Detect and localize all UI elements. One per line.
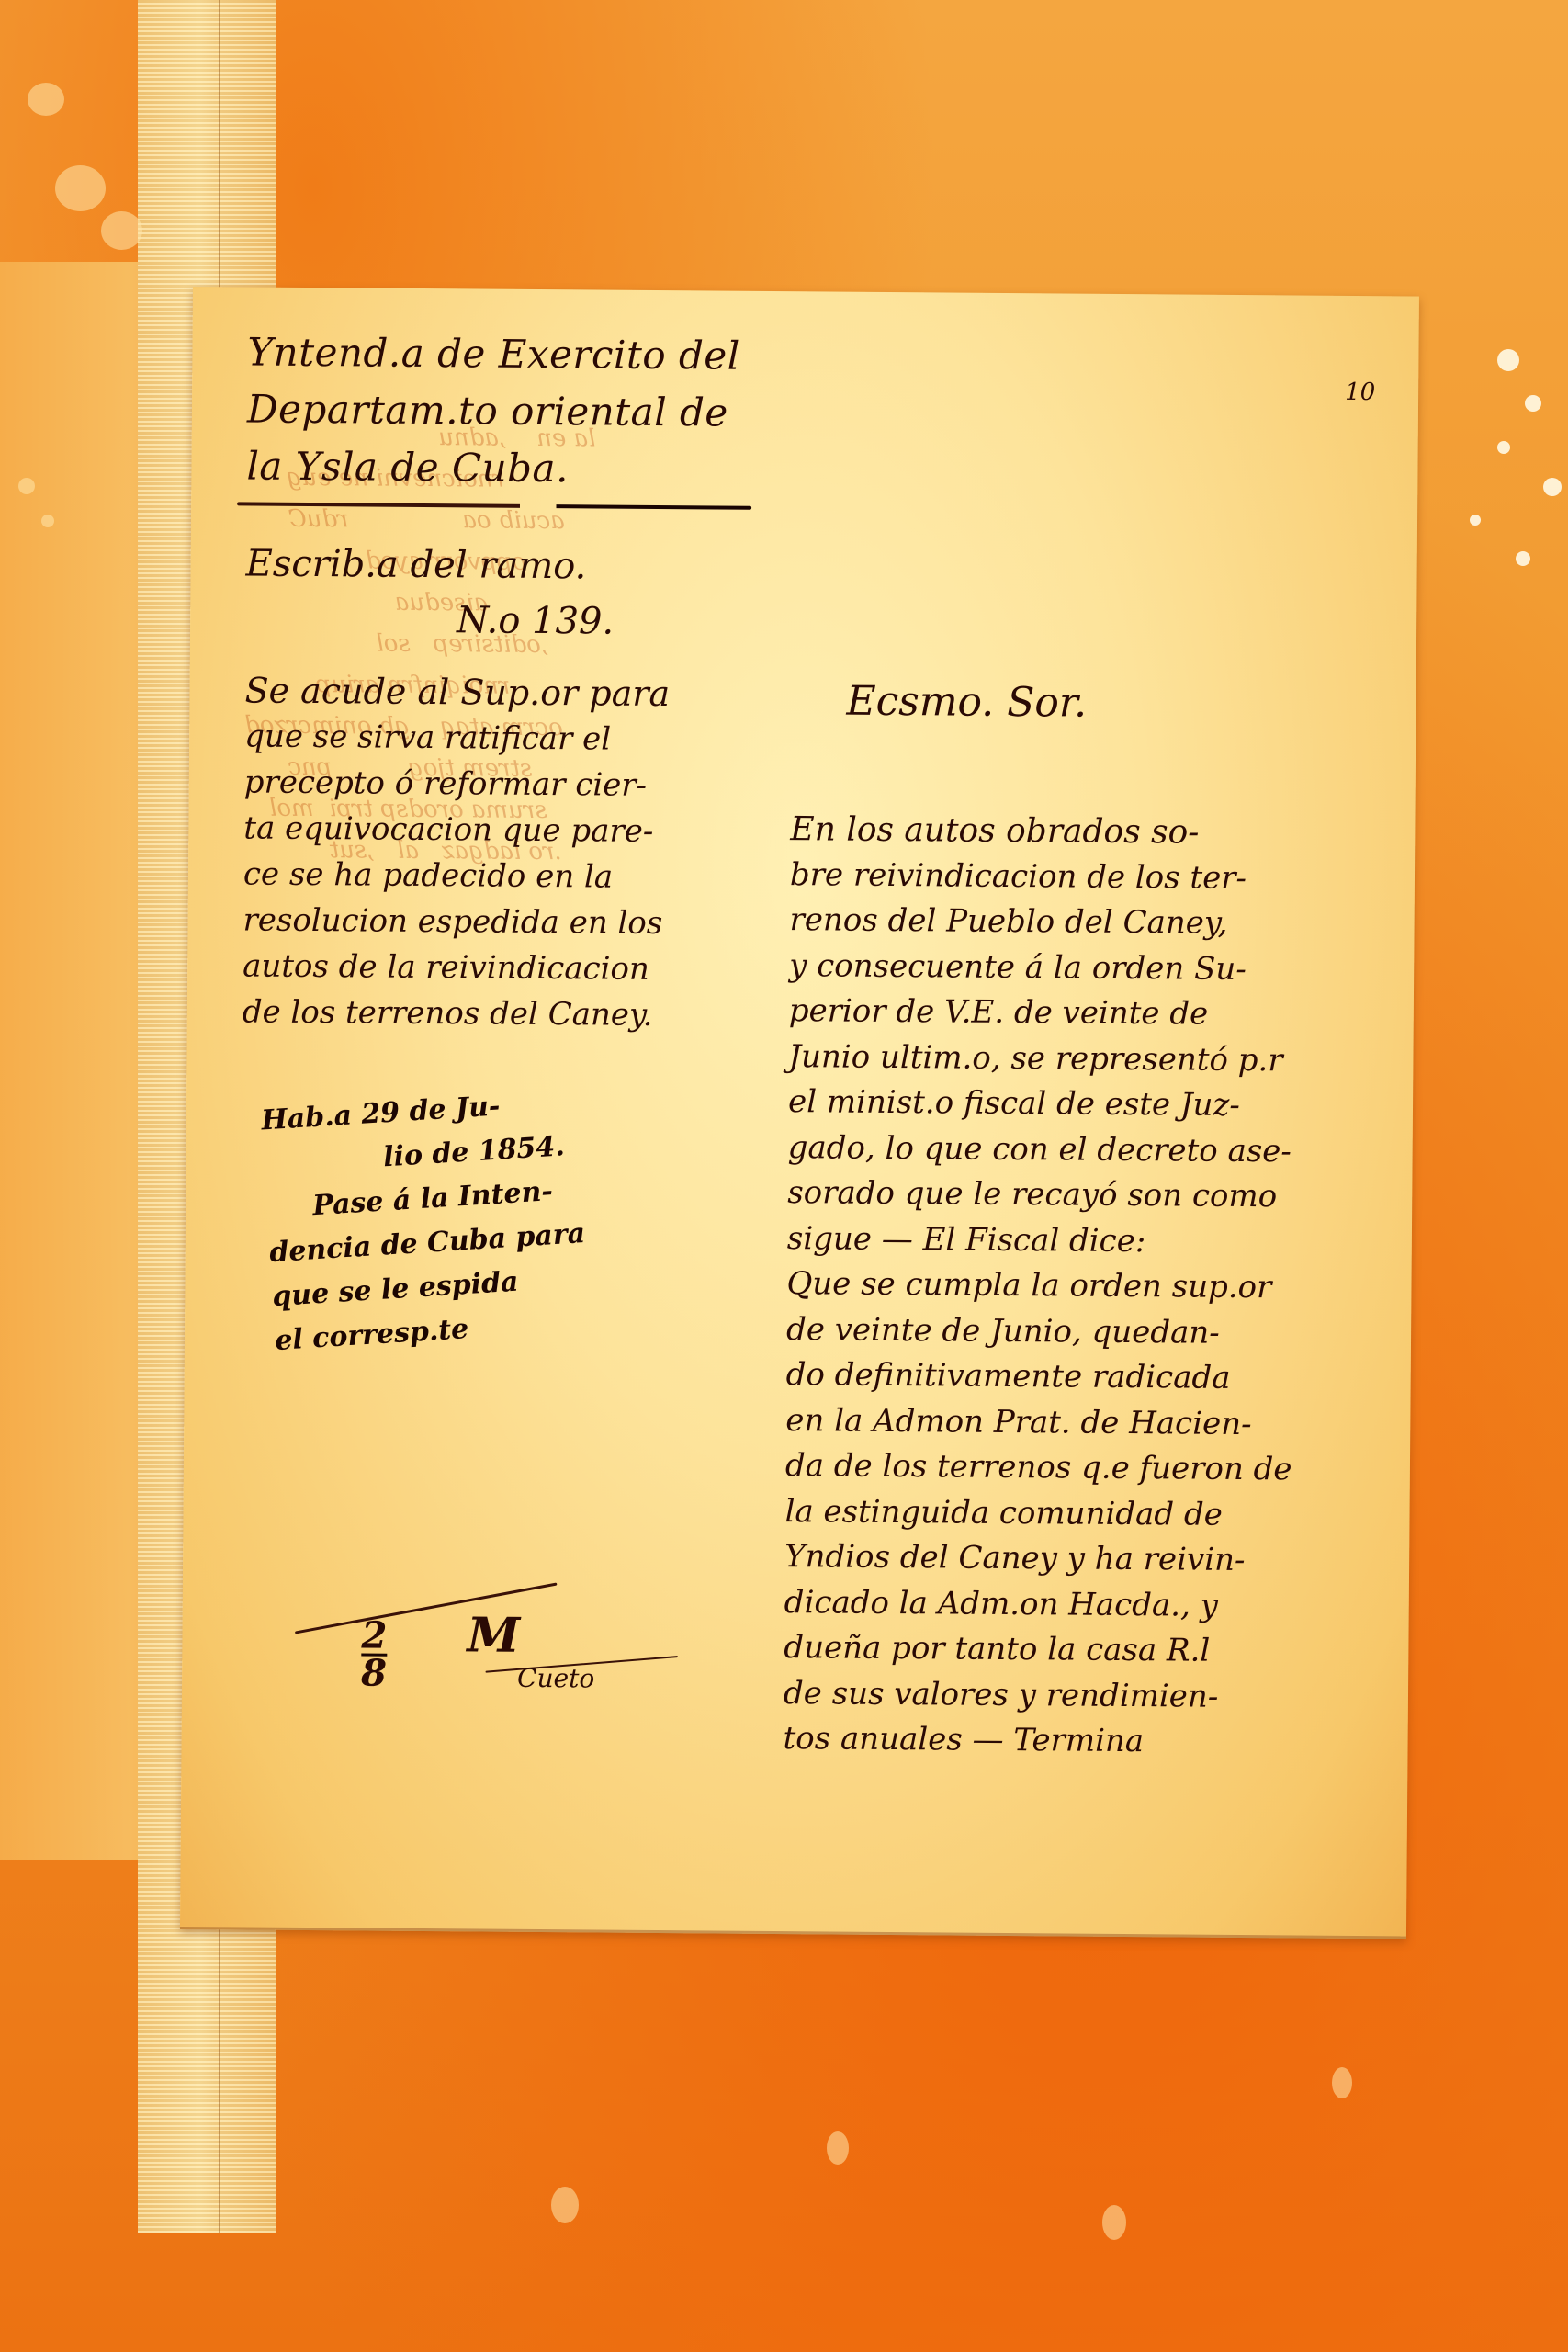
body-line: renos del Pueblo del Caney, [789,898,1377,948]
right-column: Ecsmo. Sor. En los autos obrados so- bre… [783,677,1379,1766]
body-line: da de los terrenos q.e fueron de [785,1443,1373,1494]
letter-body: En los autos obrados so- bre reivindicac… [783,807,1378,1766]
body-line: tos anuales — Termina [783,1716,1371,1767]
body-line: el minist.o fiscal de este Juz- [788,1080,1376,1130]
summary-line: autos de la reivindicacion [243,943,757,992]
signature-name: Cueto [517,1663,594,1694]
body-line: dueña por tanto la casa R.l [784,1625,1371,1676]
body-line: dicado la Adm.on Hacda., y [784,1580,1372,1631]
body-line: en la Admon Prat. de Hacien- [785,1398,1373,1449]
body-line: de veinte de Junio, quedan- [786,1307,1374,1358]
body-line: bre reivindicacion de los ter- [790,853,1378,903]
summary-line: ta equivocacion que pare- [243,805,758,854]
summary-line: ce se ha padecido en la [243,851,758,900]
summary-block: Se acude al Sup.or para que se sirva rat… [243,667,760,1038]
body-line: do definitivamente radicada [786,1352,1374,1403]
heading-line: la Ysla de Cuba. [246,437,761,498]
document-number: N.o 139. [457,599,760,644]
summary-line: precepto ó reformar cier- [244,759,759,808]
body-line: Que se cumpla la orden sup.or [786,1261,1374,1312]
issuing-office-heading: Yntend.a de Exercito del Departam.to ori… [246,323,762,509]
heading-line: Yntend.a de Exercito del [247,323,761,384]
body-line: y consecuente á la orden Su- [789,944,1377,994]
signature-area: 2 8 M Cueto [274,1569,752,1720]
body-line: Junio ultim.o, se representó p.r [788,1035,1376,1085]
body-line: sorado que le recayó son como [787,1170,1375,1221]
body-line: sigue — El Fiscal dice: [787,1216,1375,1267]
marginal-decree: Hab.a 29 de Ju- lio de 1854. Pase á la I… [260,1069,772,1363]
body-line: la estinguida comunidad de [784,1489,1372,1540]
salutation: Ecsmo. Sor. [846,678,1379,729]
body-line: Yndios del Caney y ha reivin- [784,1534,1372,1585]
summary-line: Se acude al Sup.or para [244,667,759,717]
body-line: gado, lo que con el decreto ase- [787,1125,1375,1176]
fraction-bottom: 8 [361,1651,387,1694]
body-line: de sus valores y rendimien- [784,1671,1371,1722]
heading-underline [237,502,751,509]
manuscript-page: la en ,adnu rnoicnevni ne eug acuib oa r… [180,287,1419,1939]
fraction-mark: 2 8 [361,1620,387,1689]
body-line: perior de V.E. de veinte de [789,989,1377,1039]
left-column: Yntend.a de Exercito del Departam.to ori… [240,323,762,1367]
body-line: En los autos obrados so- [790,807,1378,857]
heading-line: Departam.to oriental de [247,380,761,441]
office-label: Escrib.a del ramo. [245,542,760,588]
summary-line: que se sirva ratificar el [244,713,759,763]
summary-line: resolucion espedida en los [243,897,757,946]
signature-rubric: M [467,1607,520,1663]
folio-number: 10 [1345,379,1375,406]
summary-line: de los terrenos del Caney. [243,989,757,1038]
